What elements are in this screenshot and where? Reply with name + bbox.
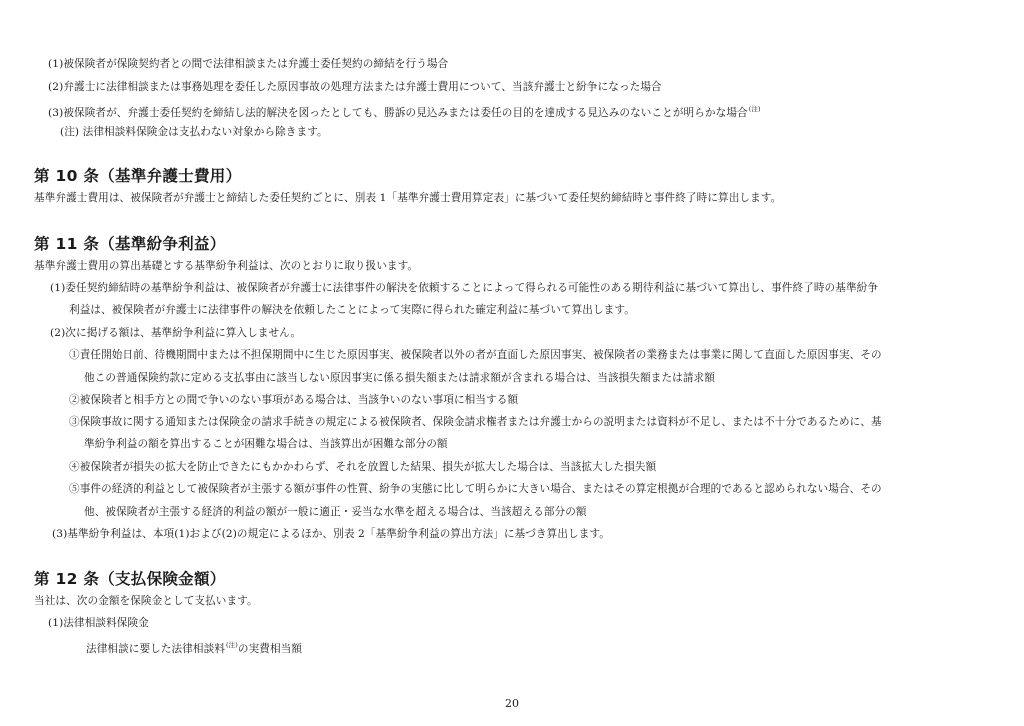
intro-item-1: (1)被保険者が保険契約者との間で法律相談または弁護士委任契約の締結を行う場合 [48,57,448,71]
article-11-sub-3-line-2: 準紛争利益の額を算出することが困難な場合は、当該算出が困難な部分の額 [84,437,448,451]
intro-item-2: (2)弁護士に法律相談または事務処理を委任した原因事故の処理方法または弁護士費用… [48,80,662,94]
article-11-item-2: (2)次に掲げる額は、基準紛争利益に算入しません。 [50,326,301,340]
intro-note: (注) 法律相談料保険金は支払わない対象から除きます。 [60,125,328,139]
article-12-item-1-text-b: の実費相当額 [238,643,302,655]
footnote-marker: (注) [749,105,761,113]
article-11-sub-1-line-2: 他この普通保険約款に定める支払事由に該当しない原因事実に係る損失額または請求額が… [84,371,715,385]
article-11-body: 基準弁護士費用の算出基礎とする基準紛争利益は、次のとおりに取り扱います。 [34,259,418,273]
article-11-sub-5-line-1: ⑤事件の経済的利益として被保険者が主張する額が事件の性質、紛争の実態に比して明ら… [69,482,882,496]
page-number: 20 [0,697,1024,711]
intro-item-3-text: 被保険者が、弁護士委任契約を締結し法的解決を図ったとしても、勝訴の見込みまたは委… [63,107,747,119]
article-11-sub-2: ②被保険者と相手方との間で争いのない事項がある場合は、当該争いのない事項に相当す… [69,393,518,407]
intro-item-1-text: 被保険者が保険契約者との間で法律相談または弁護士委任契約の締結を行う場合 [63,58,448,70]
article-11-sub-3-line-1: ③保険事故に関する通知または保険金の請求手続きの規定による被保険者、保険金請求権… [69,415,882,429]
footnote-marker: (注) [226,641,238,649]
article-11-sub-1-line-1: ①責任開始日前、待機期間中または不担保期間中に生じた原因事実、被保険者以外の者が… [69,348,882,362]
article-12-heading: 第 12 条（支払保険金額） [34,569,226,589]
article-11-item-1-line-1: (1)委任契約締結時の基準紛争利益は、被保険者が弁護士に法律事件の解決を依頼する… [50,281,878,295]
article-11-item-3: (3)基準紛争利益は、本項(1)および(2)の規定によるほか、別表 2「基準紛争… [52,527,610,541]
intro-item-3: (3)被保険者が、弁護士委任契約を締結し法的解決を図ったとしても、勝訴の見込みま… [48,102,761,120]
intro-item-1-num: (1) [48,58,63,70]
article-10-heading: 第 10 条（基準弁護士費用） [34,166,241,186]
article-11-item-1-line-2: 利益は、被保険者が弁護士に法律事件の解決を依頼したことによって実際に得られた確定… [69,303,635,317]
intro-item-2-num: (2) [48,81,63,93]
article-12-item-1-title: (1)法律相談料保険金 [48,616,149,630]
article-10-body: 基準弁護士費用は、被保険者が弁護士と締結した委任契約ごとに、別表 1「基準弁護士… [34,191,781,205]
article-12-body: 当社は、次の金額を保険金として支払います。 [34,594,258,608]
article-11-sub-5-line-2: 他、被保険者が主張する経済的利益の額が一般に適正・妥当な水準を超える場合は、当該… [84,505,587,519]
article-12-item-1-text: 法律相談に要した法律相談料(注)の実費相当額 [86,638,302,656]
intro-item-2-text: 弁護士に法律相談または事務処理を委任した原因事故の処理方法または弁護士費用につい… [63,81,661,93]
intro-item-3-num: (3) [48,107,63,119]
article-11-sub-4: ④被保険者が損失の拡大を防止できたにもかかわらず、それを放置した結果、損失が拡大… [69,460,656,474]
article-12-item-1-text-a: 法律相談に要した法律相談料 [86,643,225,655]
article-11-heading: 第 11 条（基準紛争利益） [34,234,226,254]
